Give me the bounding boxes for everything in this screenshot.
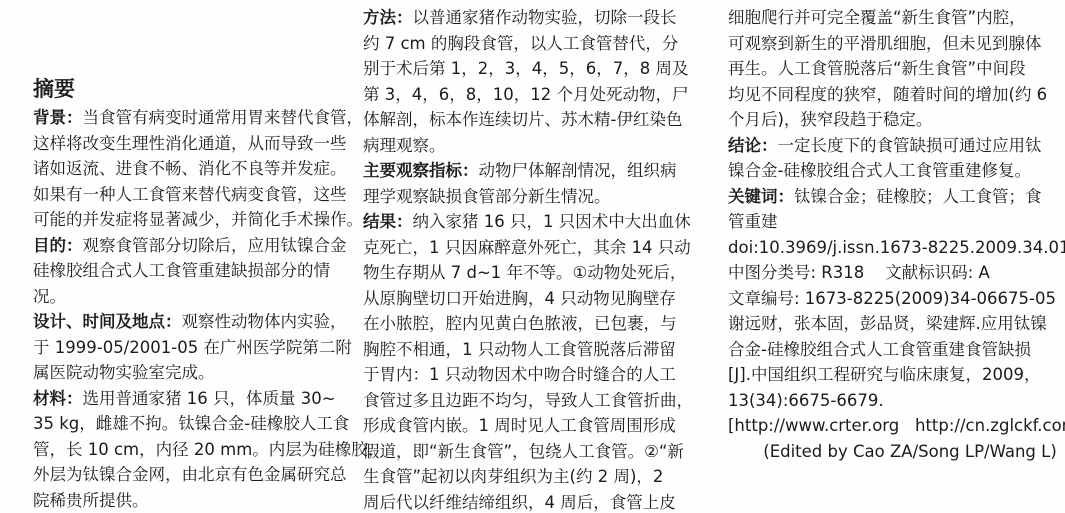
text-line: (Edited by Cao ZA/Song LP/Wang L): [728, 439, 1062, 465]
body-text: 均见不同程度的狭窄，随着时间的增加(约 6: [728, 85, 1047, 104]
body-text: 周后代以纤维结缔组织，4 周后，食管上皮: [363, 493, 676, 512]
body-text: [http://www.crter.org http://cn.zglckf.c…: [728, 416, 1065, 435]
text-line: 院稀贵所提供。: [33, 488, 355, 513]
text-line: 诸如返流、进食不畅、消化不良等并发症。: [33, 156, 355, 182]
body-text: 克死亡，1 只因麻醉意外死亡，其余 14 只动: [363, 238, 691, 257]
body-text: 纳入家猪 16 只，1 只因术中大出血休: [413, 212, 691, 231]
body-text: 13(34):6675-6679.: [728, 391, 884, 410]
text-line: 细胞爬行并可完全覆盖“新生食管”内腔，: [728, 5, 1062, 31]
body-text: 别于术后第 1，2，3，4，5，6，7，8 周及: [363, 59, 688, 78]
text-line: 克死亡，1 只因麻醉意外死亡，其余 14 只动: [363, 235, 717, 261]
section-label: 材料：: [33, 389, 83, 408]
section-label: 方法：: [363, 8, 413, 27]
body-text: 况。: [33, 287, 66, 306]
body-text: 可观察到新生的平滑肌细胞，但未见到腺体: [728, 34, 1042, 53]
text-line: 物生存期从 7 d~1 年不等。①动物处死后，: [363, 260, 717, 286]
text-line: 于 1999-05/2001-05 在广州医学院第二附: [33, 335, 355, 361]
body-text: 以普通家猪作动物实验，切除一段长: [413, 8, 677, 27]
body-text: 35 kg，雌雄不拘。钛镍合金-硅橡胶人工食: [33, 414, 349, 433]
body-text: 物生存期从 7 d~1 年不等。①动物处死后，: [363, 263, 686, 282]
body-text: 管，长 10 cm，内径 20 mm。内层为硅橡胶，: [33, 440, 384, 459]
text-line: 形成食管内嵌。1 周时见人工食管周围形成: [363, 413, 717, 439]
text-line: 主要观察指标：动物尸体解剖情况，组织病: [363, 158, 717, 184]
body-text: 当食管有病变时通常用胃来替代食管，: [83, 108, 364, 127]
body-text: [J].中国组织工程研究与临床康复，2009，: [728, 365, 1040, 384]
body-text: 生食管”起初以肉芽组织为主(约 2 周)，2: [363, 467, 663, 486]
text-line: 设计、时间及地点：观察性动物体内实验，: [33, 309, 355, 335]
text-line: 结果：纳入家猪 16 只，1 只因术中大出血休: [363, 209, 717, 235]
body-text: 再生。人工食管脱落后“新生食管”中间段: [728, 59, 1026, 78]
text-line: [J].中国组织工程研究与临床康复，2009，: [728, 362, 1062, 388]
section-heading: 摘要: [33, 74, 355, 104]
text-line: 第 3，4，6，8，10，12 个月处死动物，尸: [363, 82, 717, 108]
text-line: 结论：一定长度下的食管缺损可通过应用钛: [728, 133, 1062, 159]
body-text: 这样将改变生理性消化通道，从而导致一些: [33, 134, 347, 153]
section-label: 设计、时间及地点：: [33, 312, 182, 331]
body-text: 可能的并发症将显著减少，并简化手术操作。: [33, 210, 363, 229]
body-text: 选用普通家猪 16 只，体质量 30~: [83, 389, 336, 408]
text-line: 如果有一种人工食管来替代病变食管，这些: [33, 182, 355, 208]
text-line: doi:10.3969/j.issn.1673-8225.2009.34.016: [728, 235, 1062, 261]
text-line: 食管过多且边距不均匀，导致人工食管折曲，: [363, 388, 717, 414]
text-line: 周后代以纤维结缔组织，4 周后，食管上皮: [363, 490, 717, 513]
paper-abstract-page: 摘要背景：当食管有病变时通常用胃来替代食管，这样将改变生理性消化通道，从而导致一…: [0, 0, 1065, 513]
body-text: 管重建: [728, 212, 778, 231]
body-text: 食管过多且边距不均匀，导致人工食管折曲，: [363, 391, 693, 410]
body-text: 于 1999-05/2001-05 在广州医学院第二附: [33, 338, 352, 357]
body-text: 一定长度下的食管缺损可通过应用钛: [778, 136, 1042, 155]
text-line: 外层为钛镍合金网，由北京有色金属研究总: [33, 462, 355, 488]
section-label: 背景：: [33, 108, 83, 127]
text-line: 可观察到新生的平滑肌细胞，但未见到腺体: [728, 31, 1062, 57]
text-line: 体解剖，标本作连续切片、苏木精-伊红染色: [363, 107, 717, 133]
body-text: 文章编号: 1673-8225(2009)34-06675-05: [728, 289, 1056, 308]
body-text: doi:10.3969/j.issn.1673-8225.2009.34.016: [728, 238, 1065, 257]
text-line: 个月后)，狭窄段趋于稳定。: [728, 107, 1062, 133]
text-line: 属医院动物实验室完成。: [33, 360, 355, 386]
body-text: 从原胸壁切口开始进胸，4 只动物见胸壁存: [363, 289, 676, 308]
text-line: 况。: [33, 284, 355, 310]
text-line: 可能的并发症将显著减少，并简化手术操作。: [33, 207, 355, 233]
body-text: 钛镍合金；硅橡胶；人工食管；食: [794, 187, 1042, 206]
column-middle: 方法：以普通家猪作动物实验，切除一段长约 7 cm 的胸段食管，以人工食管替代，…: [363, 0, 717, 513]
body-text: 假道，即“新生食管”，包绕人工食管。②“新: [363, 442, 684, 461]
text-line: 关键词：钛镍合金；硅橡胶；人工食管；食: [728, 184, 1062, 210]
body-text: 观察性动物体内实验，: [182, 312, 347, 331]
body-text: 谢远财，张本固，彭品贤，梁建辉.应用钛镍: [728, 314, 1047, 333]
text-line: 13(34):6675-6679.: [728, 388, 1062, 414]
text-line: 假道，即“新生食管”，包绕人工食管。②“新: [363, 439, 717, 465]
body-text: 院稀贵所提供。: [33, 491, 149, 510]
text-line: 背景：当食管有病变时通常用胃来替代食管，: [33, 105, 355, 131]
body-text: 约 7 cm 的胸段食管，以人工食管替代，分: [363, 34, 678, 53]
text-line: 再生。人工食管脱落后“新生食管”中间段: [728, 56, 1062, 82]
section-label: 结果：: [363, 212, 413, 231]
body-text: 动物尸体解剖情况，组织病: [479, 161, 677, 180]
body-text: 中图分类号: R318 文献标识码: A: [728, 263, 990, 282]
text-line: 文章编号: 1673-8225(2009)34-06675-05: [728, 286, 1062, 312]
body-text: 镍合金-硅橡胶组合式人工食管重建修复。: [728, 161, 1031, 180]
body-text: 细胞爬行并可完全覆盖“新生食管”内腔，: [728, 8, 1026, 27]
text-line: 35 kg，雌雄不拘。钛镍合金-硅橡胶人工食: [33, 411, 355, 437]
text-line: 理学观察缺损食管部分新生情况。: [363, 184, 717, 210]
text-line: 目的：观察食管部分切除后，应用钛镍合金: [33, 233, 355, 259]
text-line: 镍合金-硅橡胶组合式人工食管重建修复。: [728, 158, 1062, 184]
body-text: 合金-硅橡胶组合式人工食管重建食管缺损: [728, 340, 1031, 359]
text-line: 这样将改变生理性消化通道，从而导致一些: [33, 131, 355, 157]
column-right: 细胞爬行并可完全覆盖“新生食管”内腔，可观察到新生的平滑肌细胞，但未见到腺体再生…: [728, 0, 1062, 464]
text-line: 病理观察。: [363, 133, 717, 159]
body-text: 形成食管内嵌。1 周时见人工食管周围形成: [363, 416, 676, 435]
body-text: 属医院动物实验室完成。: [33, 363, 215, 382]
body-text: 胸腔不相通，1 只动物人工食管脱落后滞留: [363, 340, 676, 359]
text-line: 管，长 10 cm，内径 20 mm。内层为硅橡胶，: [33, 437, 355, 463]
body-text: 病理观察。: [363, 136, 446, 155]
body-text: 个月后)，狭窄段趋于稳定。: [728, 110, 932, 129]
text-line: 材料：选用普通家猪 16 只，体质量 30~: [33, 386, 355, 412]
text-line: 谢远财，张本固，彭品贤，梁建辉.应用钛镍: [728, 311, 1062, 337]
section-label: 目的：: [33, 236, 83, 255]
body-text: 理学观察缺损食管部分新生情况。: [363, 187, 611, 206]
body-text: 于胃内：1 只动物因术中吻合时缝合的人工: [363, 365, 676, 384]
body-text: 体解剖，标本作连续切片、苏木精-伊红染色: [363, 110, 682, 129]
text-line: 于胃内：1 只动物因术中吻合时缝合的人工: [363, 362, 717, 388]
text-line: 生食管”起初以肉芽组织为主(约 2 周)，2: [363, 464, 717, 490]
text-line: 中图分类号: R318 文献标识码: A: [728, 260, 1062, 286]
body-text: 第 3，4，6，8，10，12 个月处死动物，尸: [363, 85, 688, 104]
text-line: 约 7 cm 的胸段食管，以人工食管替代，分: [363, 31, 717, 57]
text-line: 胸腔不相通，1 只动物人工食管脱落后滞留: [363, 337, 717, 363]
text-line: 硅橡胶组合式人工食管重建缺损部分的情: [33, 258, 355, 284]
column-left: 摘要背景：当食管有病变时通常用胃来替代食管，这样将改变生理性消化通道，从而导致一…: [33, 0, 355, 513]
section-label: 摘要: [33, 77, 75, 101]
body-text: 观察食管部分切除后，应用钛镍合金: [83, 236, 347, 255]
section-label: 主要观察指标：: [363, 161, 479, 180]
body-text: 如果有一种人工食管来替代病变食管，这些: [33, 185, 347, 204]
body-text: (Edited by Cao ZA/Song LP/Wang L): [763, 442, 1062, 461]
text-line: 在小脓腔，腔内见黄白色脓液，已包裹，与: [363, 311, 717, 337]
body-text: 诸如返流、进食不畅、消化不良等并发症。: [33, 159, 347, 178]
body-text: 外层为钛镍合金网，由北京有色金属研究总: [33, 465, 347, 484]
section-label: 关键词：: [728, 187, 794, 206]
text-line: [http://www.crter.org http://cn.zglckf.c…: [728, 413, 1062, 439]
body-text: 在小脓腔，腔内见黄白色脓液，已包裹，与: [363, 314, 677, 333]
text-line: 从原胸壁切口开始进胸，4 只动物见胸壁存: [363, 286, 717, 312]
text-line: 别于术后第 1，2，3，4，5，6，7，8 周及: [363, 56, 717, 82]
text-line: 均见不同程度的狭窄，随着时间的增加(约 6: [728, 82, 1062, 108]
section-label: 结论：: [728, 136, 778, 155]
body-text: 硅橡胶组合式人工食管重建缺损部分的情: [33, 261, 330, 280]
text-line: 管重建: [728, 209, 1062, 235]
text-line: 方法：以普通家猪作动物实验，切除一段长: [363, 5, 717, 31]
text-line: 合金-硅橡胶组合式人工食管重建食管缺损: [728, 337, 1062, 363]
